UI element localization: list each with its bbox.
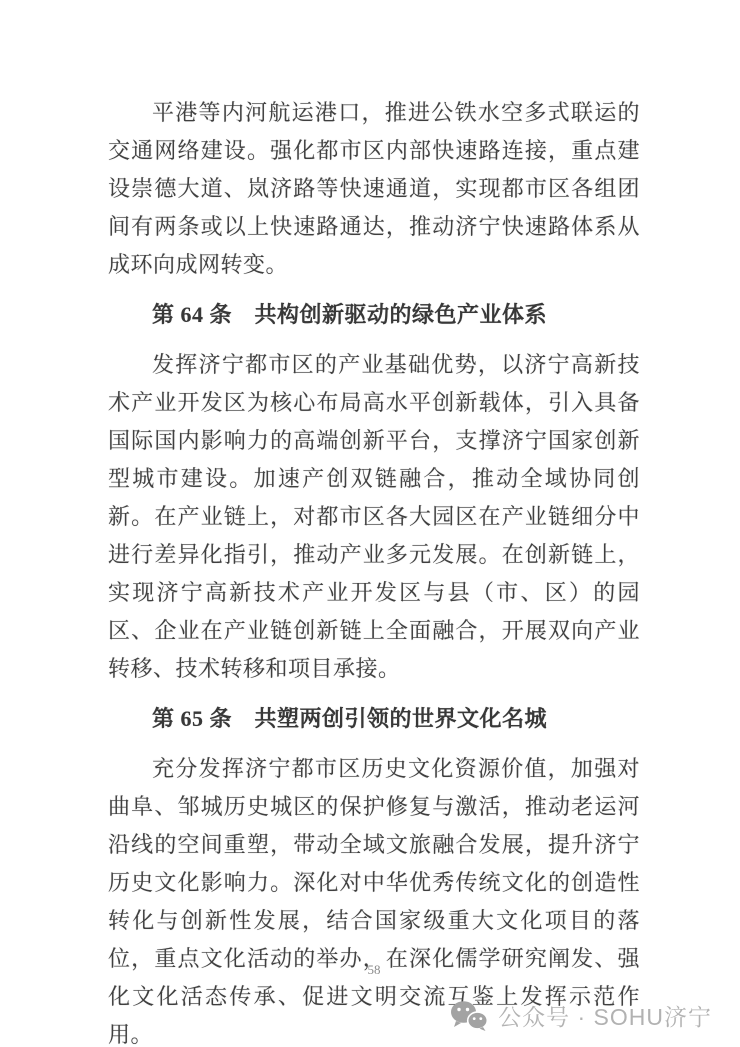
text-block: 平港等内河航运港口，推进公铁水空多式联运的交通网络建设。强化都市区内部快速路连接… — [108, 94, 640, 1047]
article-65-heading: 第 65 条 共塑两创引领的世界文化名城 — [108, 700, 640, 738]
wechat-icon — [450, 1000, 488, 1031]
document-page: 平港等内河航运港口，推进公铁水空多式联运的交通网络建设。强化都市区内部快速路连接… — [0, 0, 740, 1047]
article-64-body: 发挥济宁都市区的产业基础优势，以济宁高新技术产业开发区为核心布局高水平创新载体，… — [108, 346, 640, 688]
intro-paragraph: 平港等内河航运港口，推进公铁水空多式联运的交通网络建设。强化都市区内部快速路连接… — [108, 94, 640, 284]
article-64-heading: 第 64 条 共构创新驱动的绿色产业体系 — [108, 296, 640, 334]
page-number: 58 — [108, 962, 640, 978]
watermark-label: 公众号 · SOHU济宁 — [498, 999, 712, 1032]
watermark: 公众号 · SOHU济宁 — [450, 999, 712, 1032]
